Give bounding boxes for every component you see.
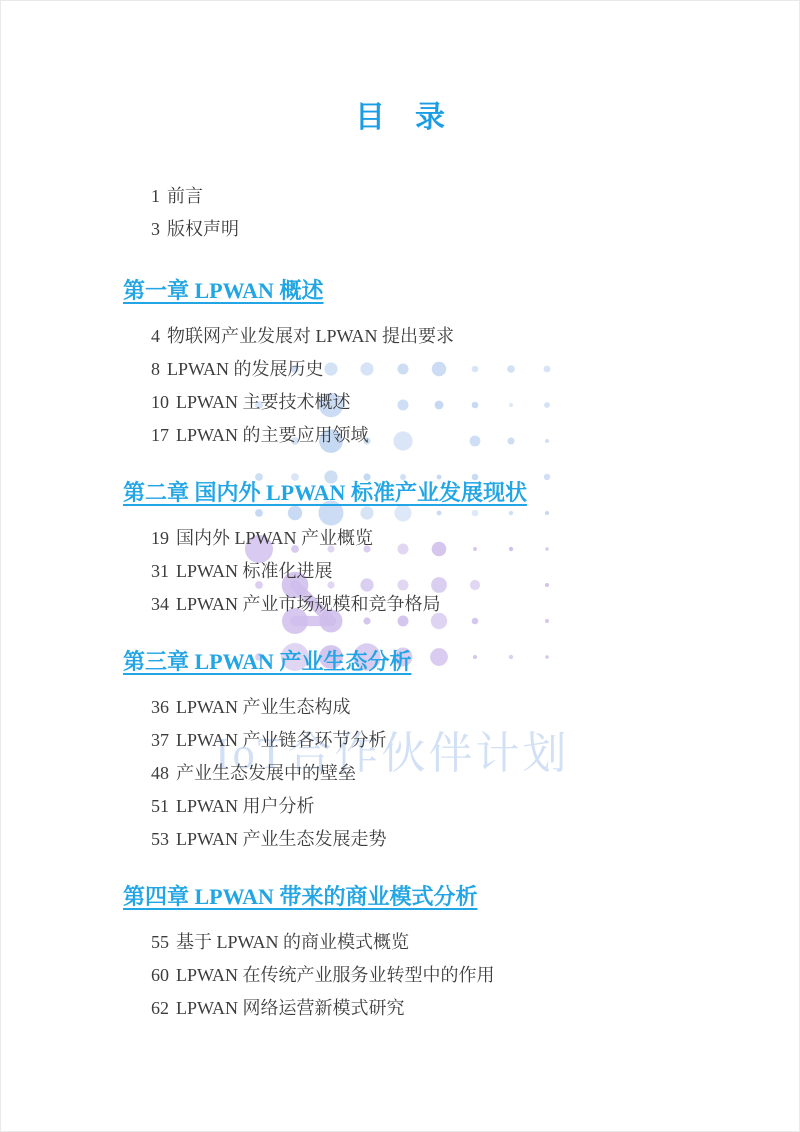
- toc-page-number: 3: [151, 219, 160, 239]
- toc-page-number: 55: [151, 932, 169, 952]
- toc-entry-title: LPWAN 产业生态发展走势: [176, 829, 387, 849]
- toc-entry-title: LPWAN 用户分析: [176, 796, 315, 816]
- toc-entry-title: LPWAN 主要技术概述: [176, 392, 351, 412]
- toc-entry: 8LPWAN 的发展历史: [151, 353, 799, 386]
- toc-page: IoT合作伙伴计划 目 录 1前言 3版权声明 第一章 LPWAN 概述 4物联…: [0, 0, 800, 1132]
- chapter-section: 第四章 LPWAN 带来的商业模式分析 55基于 LPWAN 的商业模式概览 6…: [1, 882, 799, 1025]
- toc-entry-title: 国内外 LPWAN 产业概览: [176, 528, 373, 548]
- toc-entry: 1前言: [151, 180, 799, 213]
- chapter-heading-link[interactable]: 第一章 LPWAN 概述: [123, 276, 799, 306]
- toc-page-number: 60: [151, 965, 169, 985]
- toc-entry: 31LPWAN 标准化进展: [151, 555, 799, 588]
- toc-page-number: 19: [151, 528, 169, 548]
- toc-page-number: 36: [151, 697, 169, 717]
- toc-entry: 55基于 LPWAN 的商业模式概览: [151, 926, 799, 959]
- toc-page-number: 17: [151, 425, 169, 445]
- toc-entry-title: 版权声明: [167, 219, 239, 239]
- toc-page-number: 37: [151, 730, 169, 750]
- toc-entry-title: LPWAN 产业生态构成: [176, 697, 351, 717]
- chapter-entries: 4物联网产业发展对 LPWAN 提出要求 8LPWAN 的发展历史 10LPWA…: [151, 320, 799, 452]
- toc-entry: 60LPWAN 在传统产业服务业转型中的作用: [151, 959, 799, 992]
- toc-entry: 17LPWAN 的主要应用领域: [151, 419, 799, 452]
- chapter-heading-link[interactable]: 第二章 国内外 LPWAN 标准产业发展现状: [123, 478, 799, 508]
- toc-entry-title: LPWAN 的发展历史: [167, 359, 324, 379]
- toc-entry: 10LPWAN 主要技术概述: [151, 386, 799, 419]
- toc-page-number: 4: [151, 326, 160, 346]
- toc-page-number: 34: [151, 594, 169, 614]
- toc-entry: 37LPWAN 产业链各环节分析: [151, 724, 799, 757]
- chapter-list: 第一章 LPWAN 概述 4物联网产业发展对 LPWAN 提出要求 8LPWAN…: [1, 276, 799, 1025]
- page-title: 目 录: [1, 1, 799, 139]
- toc-page-number: 10: [151, 392, 169, 412]
- toc-entry: 36LPWAN 产业生态构成: [151, 691, 799, 724]
- chapter-entries: 19国内外 LPWAN 产业概览 31LPWAN 标准化进展 34LPWAN 产…: [151, 522, 799, 621]
- chapter-heading-link[interactable]: 第四章 LPWAN 带来的商业模式分析: [123, 882, 799, 912]
- toc-entry: 62LPWAN 网络运营新模式研究: [151, 992, 799, 1025]
- toc-entry-title: LPWAN 产业市场规模和竞争格局: [176, 594, 441, 614]
- toc-entry-title: LPWAN 在传统产业服务业转型中的作用: [176, 965, 495, 985]
- toc-page-number: 31: [151, 561, 169, 581]
- toc-entry-title: LPWAN 的主要应用领域: [176, 425, 369, 445]
- chapter-section: 第一章 LPWAN 概述 4物联网产业发展对 LPWAN 提出要求 8LPWAN…: [1, 276, 799, 452]
- toc-page-number: 62: [151, 998, 169, 1018]
- toc-entry-title: LPWAN 产业链各环节分析: [176, 730, 387, 750]
- toc-entry-title: 物联网产业发展对 LPWAN 提出要求: [167, 326, 454, 346]
- toc-entry-title: LPWAN 标准化进展: [176, 561, 333, 581]
- toc-entry-title: LPWAN 网络运营新模式研究: [176, 998, 405, 1018]
- front-matter-list: 1前言 3版权声明: [151, 180, 799, 246]
- toc-entry: 34LPWAN 产业市场规模和竞争格局: [151, 588, 799, 621]
- toc-entry: 48产业生态发展中的壁垒: [151, 757, 799, 790]
- toc-page-number: 1: [151, 186, 160, 206]
- toc-entry-title: 基于 LPWAN 的商业模式概览: [176, 932, 409, 952]
- chapter-entries: 36LPWAN 产业生态构成 37LPWAN 产业链各环节分析 48产业生态发展…: [151, 691, 799, 856]
- toc-entry-title: 前言: [167, 186, 203, 206]
- toc-entry: 3版权声明: [151, 213, 799, 246]
- toc-entry: 4物联网产业发展对 LPWAN 提出要求: [151, 320, 799, 353]
- toc-page-number: 8: [151, 359, 160, 379]
- toc-content: 目 录 1前言 3版权声明 第一章 LPWAN 概述 4物联网产业发展对 LPW…: [1, 1, 799, 1025]
- toc-entry-title: 产业生态发展中的壁垒: [176, 763, 356, 783]
- toc-page-number: 51: [151, 796, 169, 816]
- toc-entry: 53LPWAN 产业生态发展走势: [151, 823, 799, 856]
- toc-page-number: 48: [151, 763, 169, 783]
- toc-entry: 19国内外 LPWAN 产业概览: [151, 522, 799, 555]
- chapter-section: 第二章 国内外 LPWAN 标准产业发展现状 19国内外 LPWAN 产业概览 …: [1, 478, 799, 621]
- chapter-entries: 55基于 LPWAN 的商业模式概览 60LPWAN 在传统产业服务业转型中的作…: [151, 926, 799, 1025]
- toc-entry: 51LPWAN 用户分析: [151, 790, 799, 823]
- toc-page-number: 53: [151, 829, 169, 849]
- chapter-heading-link[interactable]: 第三章 LPWAN 产业生态分析: [123, 647, 799, 677]
- chapter-section: 第三章 LPWAN 产业生态分析 36LPWAN 产业生态构成 37LPWAN …: [1, 647, 799, 856]
